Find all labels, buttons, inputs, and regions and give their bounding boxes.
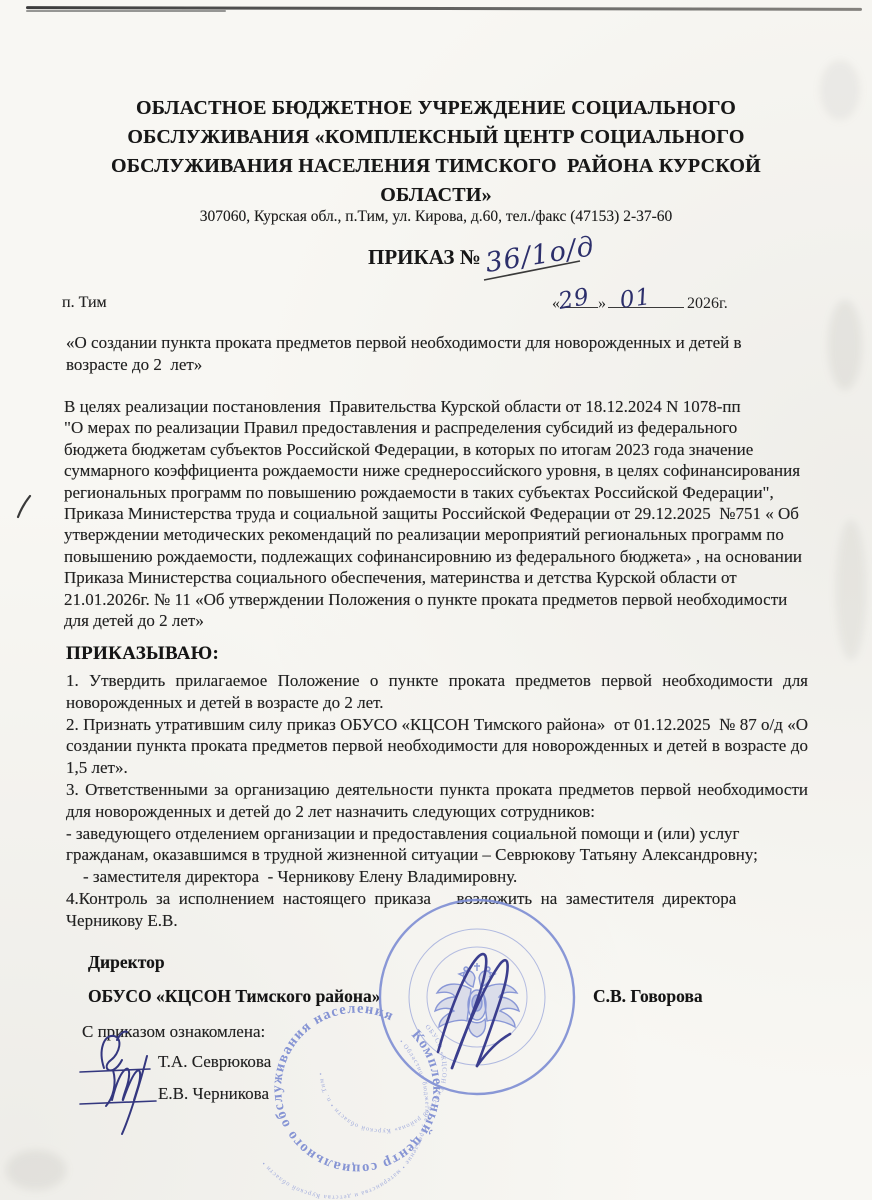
- acknowledger-signature-2: [80, 1056, 156, 1134]
- date-day-handwritten: 29: [556, 284, 592, 315]
- date-month-handwritten: 01: [618, 284, 653, 314]
- acknowledger-signature-1: [80, 1031, 150, 1106]
- scanned-order-document: ОБЛАСТНОЕ БЮДЖЕТНОЕ УЧРЕЖДЕНИЕ СОЦИАЛЬНО…: [0, 0, 872, 1200]
- margin-tick-mark: [18, 496, 30, 517]
- order-number-handwritten: 36/1о/д: [483, 231, 597, 279]
- ink-and-stamp-layer: 36/1о/д 29 01 Комплексный центр социальн…: [0, 0, 872, 1200]
- official-round-stamp: Комплексный центр социального обслуживан…: [260, 900, 574, 1200]
